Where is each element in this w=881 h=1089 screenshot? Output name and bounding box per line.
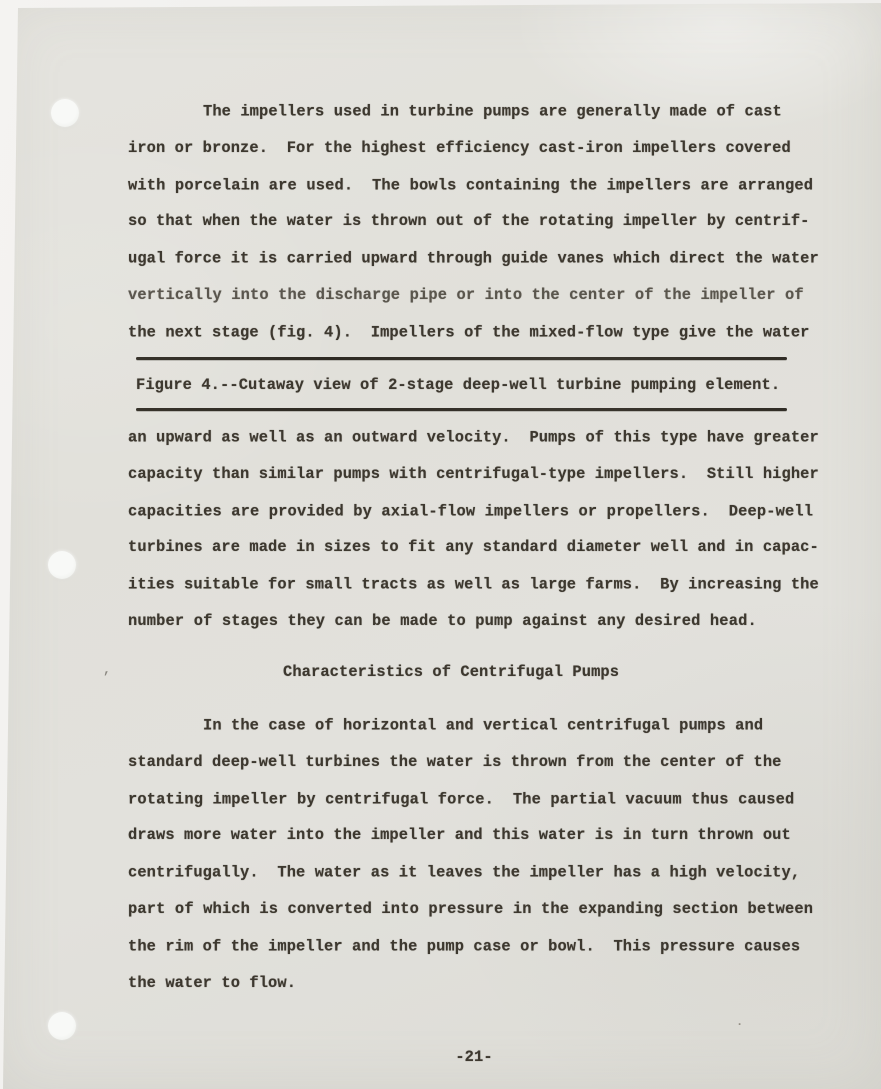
text-line: vertically into the discharge pipe or in… xyxy=(128,277,820,314)
stray-ink-dot: . xyxy=(736,1015,743,1029)
text-line: rotating impeller by centrifugal force. … xyxy=(128,781,820,818)
typewritten-content: The impellers used in turbine pumps are … xyxy=(128,0,820,1089)
text-line: with porcelain are used. The bowls conta… xyxy=(128,167,820,204)
text-line: capacities are provided by axial-flow im… xyxy=(128,493,820,530)
figure-divider-bottom xyxy=(136,408,787,411)
text-line: so that when the water is thrown out of … xyxy=(128,203,820,240)
figure-divider-top xyxy=(136,357,787,360)
text-line: In the case of horizontal and vertical c… xyxy=(128,707,820,744)
text-line: centrifugally. The water as it leaves th… xyxy=(128,855,820,892)
punch-hole-top xyxy=(51,99,79,127)
scanned-page: The impellers used in turbine pumps are … xyxy=(0,0,881,1089)
text-line: draws more water into the impeller and t… xyxy=(128,817,820,854)
text-line: iron or bronze. For the highest efficien… xyxy=(128,130,820,167)
text-line: ities suitable for small tracts as well … xyxy=(128,567,820,604)
punch-hole-bottom xyxy=(48,1012,76,1040)
text-line: standard deep-well turbines the water is… xyxy=(128,744,820,781)
text-line: the rim of the impeller and the pump cas… xyxy=(128,928,820,965)
text-line: an upward as well as an outward velocity… xyxy=(128,419,820,456)
section-heading: Characteristics of Centrifugal Pumps xyxy=(283,662,619,682)
text-line: the next stage (fig. 4). Impellers of th… xyxy=(128,314,820,351)
text-line: capacity than similar pumps with centrif… xyxy=(128,456,820,493)
paragraph-impellers: The impellers used in turbine pumps are … xyxy=(128,93,820,351)
figure-caption: Figure 4.--Cutaway view of 2-stage deep-… xyxy=(136,375,780,395)
text-line: number of stages they can be made to pum… xyxy=(128,603,820,640)
text-line: turbines are made in sizes to fit any st… xyxy=(128,529,820,566)
stray-ink-mark: , xyxy=(103,662,111,677)
paragraph-velocity: an upward as well as an outward velocity… xyxy=(128,419,820,640)
text-line: ugal force it is carried upward through … xyxy=(128,241,820,278)
text-line: the water to flow. xyxy=(128,965,820,1002)
text-line: part of which is converted into pressure… xyxy=(128,891,820,928)
page-number: -21- xyxy=(128,1047,820,1067)
punch-hole-middle xyxy=(48,551,76,579)
text-line: The impellers used in turbine pumps are … xyxy=(128,93,820,130)
paragraph-characteristics: In the case of horizontal and vertical c… xyxy=(128,707,820,1001)
